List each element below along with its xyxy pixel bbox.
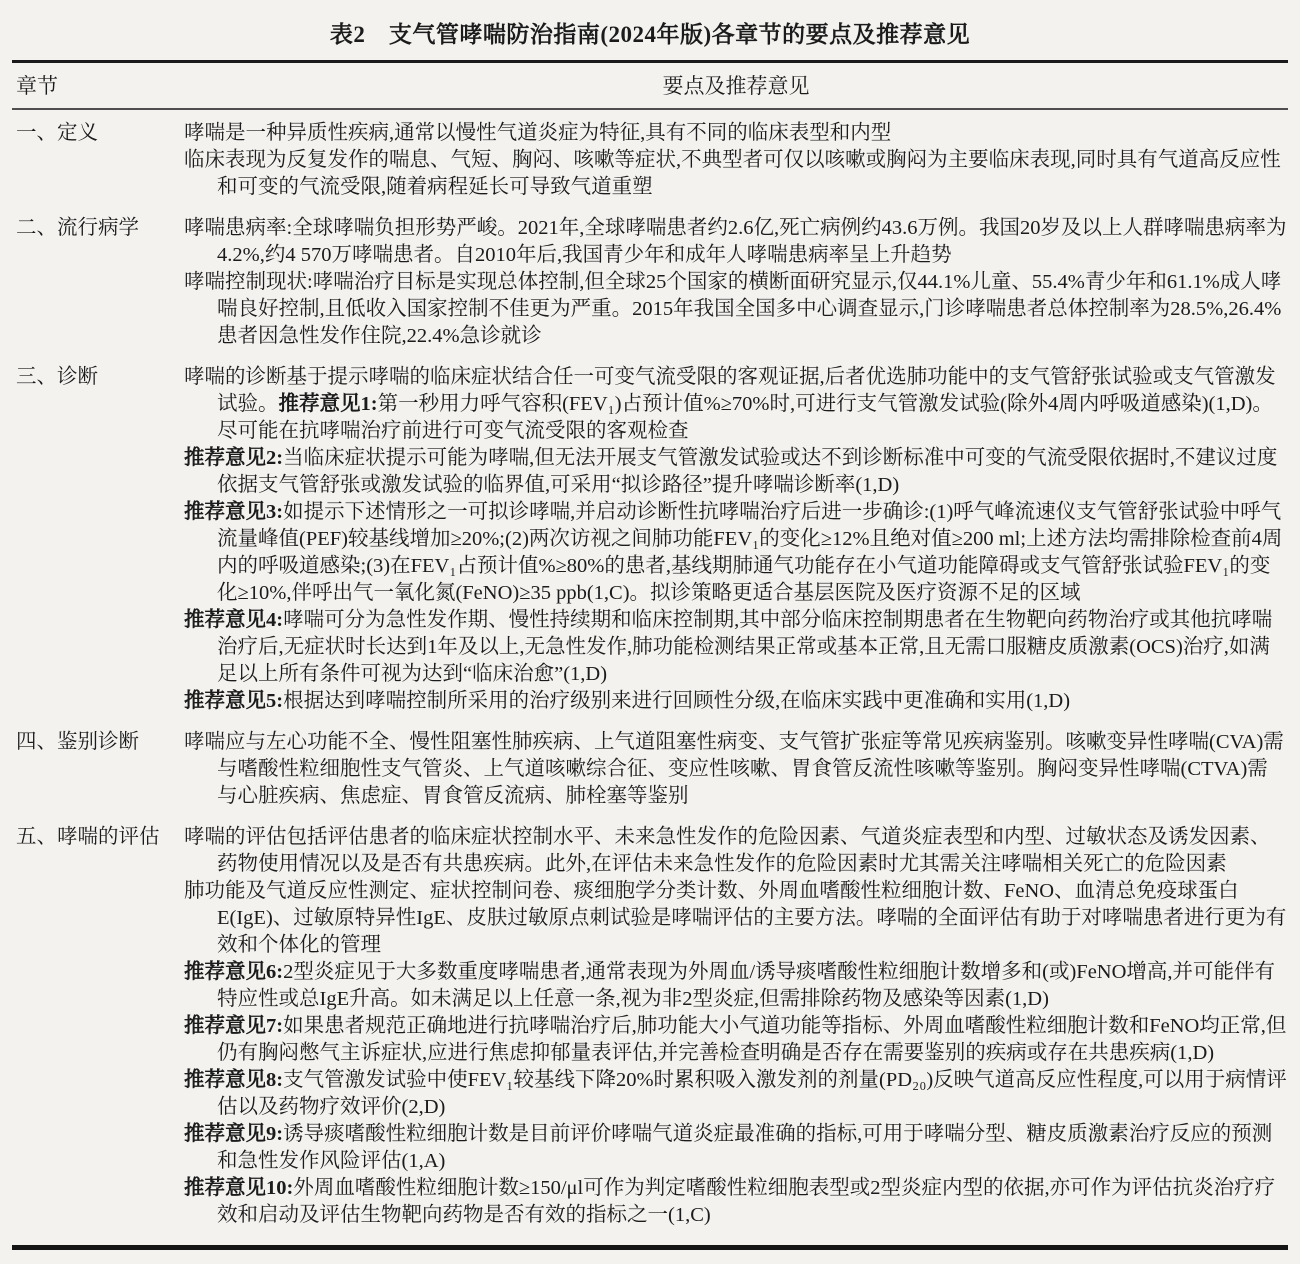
chapter-cell: 一、定义 bbox=[12, 120, 184, 201]
content-paragraph: 临床表现为反复发作的喘息、气短、胸闷、咳嗽等症状,不典型者可仅以咳嗽或胸闷为主要… bbox=[184, 147, 1288, 201]
content-paragraph: 哮喘应与左心功能不全、慢性阻塞性肺疾病、上气道阻塞性病变、支气管扩张症等常见疾病… bbox=[184, 729, 1288, 810]
header-content: 要点及推荐意见 bbox=[184, 70, 1288, 100]
table-row: 五、哮喘的评估哮喘的评估包括评估患者的临床症状控制水平、未来急性发作的危险因素、… bbox=[12, 817, 1288, 1236]
content-paragraph: 推荐意见2:当临床症状提示可能为哮喘,但无法开展支气管激发试验或达不到诊断标准中… bbox=[184, 445, 1288, 499]
table-row: 一、定义哮喘是一种异质性疾病,通常以慢性气道炎症为特征,具有不同的临床表型和内型… bbox=[12, 113, 1288, 208]
content-paragraph: 推荐意见8:支气管激发试验中使FEV₁较基线下降20%时累积吸入激发剂的剂量(P… bbox=[184, 1067, 1288, 1121]
table-header-row: 章节 要点及推荐意见 bbox=[12, 63, 1288, 110]
content-paragraph: 推荐意见5:根据达到哮喘控制所采用的治疗级别来进行回顾性分级,在临床实践中更准确… bbox=[184, 688, 1288, 715]
content-paragraph: 推荐意见4:哮喘可分为急性发作期、慢性持续期和临床控制期,其中部分临床控制期患者… bbox=[184, 607, 1288, 688]
content-paragraph: 推荐意见6:2型炎症见于大多数重度哮喘患者,通常表现为外周血/诱导痰嗜酸性粒细胞… bbox=[184, 959, 1288, 1013]
recommendation-label: 推荐意见7: bbox=[184, 1015, 283, 1037]
content-paragraph: 推荐意见9:诱导痰嗜酸性粒细胞计数是目前评价哮喘气道炎症最准确的指标,可用于哮喘… bbox=[184, 1121, 1288, 1175]
text-segment: 哮喘应与左心功能不全、慢性阻塞性肺疾病、上气道阻塞性病变、支气管扩张症等常见疾病… bbox=[184, 731, 1284, 807]
content-paragraph: 哮喘患病率:全球哮喘负担形势严峻。2021年,全球哮喘患者约2.6亿,死亡病例约… bbox=[184, 215, 1288, 269]
text-segment: 支气管激发试验中使FEV₁较基线下降20%时累积吸入激发剂的剂量(PD₂₀)反映… bbox=[217, 1069, 1287, 1118]
document-page: 表2 支气管哮喘防治指南(2024年版)各章节的要点及推荐意见 章节 要点及推荐… bbox=[0, 0, 1300, 1264]
content-paragraph: 推荐意见7:如果患者规范正确地进行抗哮喘治疗后,肺功能大小气道功能等指标、外周血… bbox=[184, 1013, 1288, 1067]
text-segment: 哮喘是一种异质性疾病,通常以慢性气道炎症为特征,具有不同的临床表型和内型 bbox=[184, 122, 891, 144]
chapter-cell: 三、诊断 bbox=[12, 364, 184, 715]
content-cell: 哮喘患病率:全球哮喘负担形势严峻。2021年,全球哮喘患者约2.6亿,死亡病例约… bbox=[184, 215, 1288, 350]
recommendation-label: 推荐意见8: bbox=[184, 1069, 283, 1091]
recommendation-label: 推荐意见1: bbox=[279, 393, 378, 415]
content-paragraph: 推荐意见10:外周血嗜酸性粒细胞计数≥150/μl可作为判定嗜酸性粒细胞表型或2… bbox=[184, 1175, 1288, 1229]
table-row: 二、流行病学哮喘患病率:全球哮喘负担形势严峻。2021年,全球哮喘患者约2.6亿… bbox=[12, 208, 1288, 357]
text-segment: 外周血嗜酸性粒细胞计数≥150/μl可作为判定嗜酸性粒细胞表型或2型炎症内型的依… bbox=[217, 1177, 1275, 1226]
recommendation-label: 推荐意见10: bbox=[184, 1177, 293, 1199]
text-segment: 根据达到哮喘控制所采用的治疗级别来进行回顾性分级,在临床实践中更准确和实用(1,… bbox=[283, 690, 1070, 712]
text-segment: 2型炎症见于大多数重度哮喘患者,通常表现为外周血/诱导痰嗜酸性粒细胞计数增多和(… bbox=[217, 961, 1275, 1010]
text-segment: 哮喘可分为急性发作期、慢性持续期和临床控制期,其中部分临床控制期患者在生物靶向药… bbox=[217, 609, 1272, 685]
content-cell: 哮喘的诊断基于提示哮喘的临床症状结合任一可变气流受限的客观证据,后者优选肺功能中… bbox=[184, 364, 1288, 715]
text-segment: 哮喘控制现状:哮喘治疗目标是实现总体控制,但全球25个国家的横断面研究显示,仅4… bbox=[184, 271, 1281, 347]
header-chapter: 章节 bbox=[12, 70, 184, 100]
text-segment: 如提示下述情形之一可拟诊哮喘,并启动诊断性抗哮喘治疗后进一步确诊:(1)呼气峰流… bbox=[217, 501, 1282, 604]
text-segment: 如果患者规范正确地进行抗哮喘治疗后,肺功能大小气道功能等指标、外周血嗜酸性粒细胞… bbox=[217, 1015, 1286, 1064]
table-row: 三、诊断哮喘的诊断基于提示哮喘的临床症状结合任一可变气流受限的客观证据,后者优选… bbox=[12, 357, 1288, 722]
table-body: 一、定义哮喘是一种异质性疾病,通常以慢性气道炎症为特征,具有不同的临床表型和内型… bbox=[12, 110, 1288, 1245]
content-cell: 哮喘应与左心功能不全、慢性阻塞性肺疾病、上气道阻塞性病变、支气管扩张症等常见疾病… bbox=[184, 729, 1288, 810]
chapter-cell: 四、鉴别诊断 bbox=[12, 729, 184, 810]
chapter-cell: 五、哮喘的评估 bbox=[12, 824, 184, 1229]
guideline-table: 章节 要点及推荐意见 一、定义哮喘是一种异质性疾病,通常以慢性气道炎症为特征,具… bbox=[12, 60, 1288, 1250]
table-row: 四、鉴别诊断哮喘应与左心功能不全、慢性阻塞性肺疾病、上气道阻塞性病变、支气管扩张… bbox=[12, 722, 1288, 817]
recommendation-label: 推荐意见3: bbox=[184, 501, 283, 523]
text-segment: 诱导痰嗜酸性粒细胞计数是目前评价哮喘气道炎症最准确的指标,可用于哮喘分型、糖皮质… bbox=[217, 1123, 1272, 1172]
text-segment: 哮喘的评估包括评估患者的临床症状控制水平、未来急性发作的危险因素、气道炎症表型和… bbox=[184, 826, 1271, 875]
text-segment: 当临床症状提示可能为哮喘,但无法开展支气管激发试验或达不到诊断标准中可变的气流受… bbox=[217, 447, 1277, 496]
recommendation-label: 推荐意见5: bbox=[184, 690, 283, 712]
recommendation-label: 推荐意见2: bbox=[184, 447, 283, 469]
content-cell: 哮喘是一种异质性疾病,通常以慢性气道炎症为特征,具有不同的临床表型和内型临床表现… bbox=[184, 120, 1288, 201]
text-segment: 临床表现为反复发作的喘息、气短、胸闷、咳嗽等症状,不典型者可仅以咳嗽或胸闷为主要… bbox=[184, 149, 1281, 198]
chapter-cell: 二、流行病学 bbox=[12, 215, 184, 350]
recommendation-label: 推荐意见6: bbox=[184, 961, 283, 983]
content-paragraph: 哮喘的评估包括评估患者的临床症状控制水平、未来急性发作的危险因素、气道炎症表型和… bbox=[184, 824, 1288, 878]
recommendation-label: 推荐意见9: bbox=[184, 1123, 283, 1145]
content-cell: 哮喘的评估包括评估患者的临床症状控制水平、未来急性发作的危险因素、气道炎症表型和… bbox=[184, 824, 1288, 1229]
content-paragraph: 推荐意见3:如提示下述情形之一可拟诊哮喘,并启动诊断性抗哮喘治疗后进一步确诊:(… bbox=[184, 499, 1288, 607]
text-segment: 肺功能及气道反应性测定、症状控制问卷、痰细胞学分类计数、外周血嗜酸性粒细胞计数、… bbox=[184, 880, 1286, 956]
content-paragraph: 哮喘的诊断基于提示哮喘的临床症状结合任一可变气流受限的客观证据,后者优选肺功能中… bbox=[184, 364, 1288, 445]
content-paragraph: 哮喘控制现状:哮喘治疗目标是实现总体控制,但全球25个国家的横断面研究显示,仅4… bbox=[184, 269, 1288, 350]
content-paragraph: 肺功能及气道反应性测定、症状控制问卷、痰细胞学分类计数、外周血嗜酸性粒细胞计数、… bbox=[184, 878, 1288, 959]
content-paragraph: 哮喘是一种异质性疾病,通常以慢性气道炎症为特征,具有不同的临床表型和内型 bbox=[184, 120, 1288, 147]
table-title: 表2 支气管哮喘防治指南(2024年版)各章节的要点及推荐意见 bbox=[12, 8, 1288, 60]
recommendation-label: 推荐意见4: bbox=[184, 609, 283, 631]
text-segment: 哮喘患病率:全球哮喘负担形势严峻。2021年,全球哮喘患者约2.6亿,死亡病例约… bbox=[184, 217, 1286, 266]
